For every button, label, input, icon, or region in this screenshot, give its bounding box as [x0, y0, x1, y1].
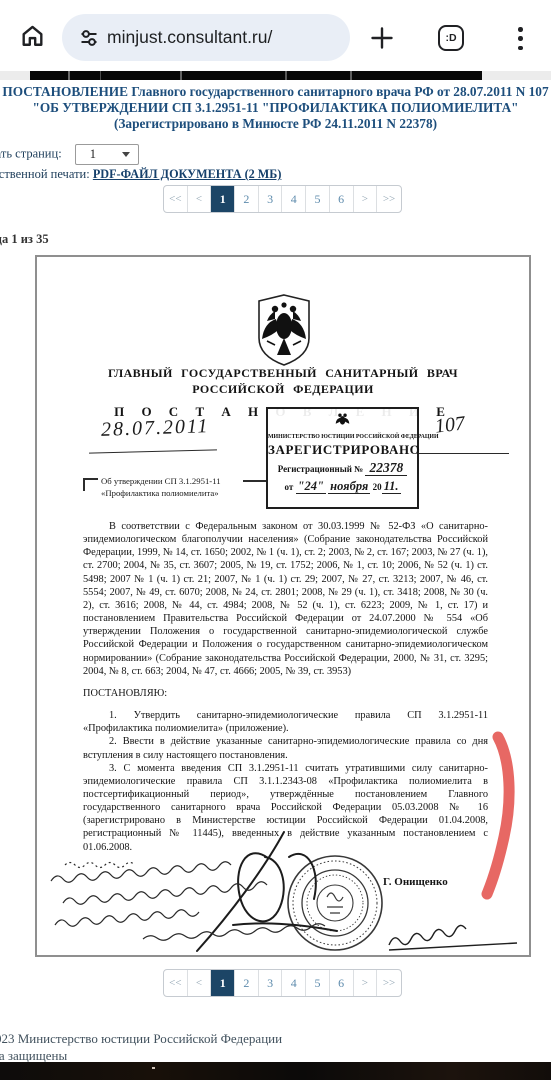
page-button-3[interactable]: 3: [259, 186, 283, 212]
collapsed-toolbar: [30, 71, 482, 80]
pages-select[interactable]: 1: [75, 144, 139, 165]
stamp-registered: ЗАРЕГИСТРИРОВАНО: [268, 442, 417, 458]
stamp-reg-label: Регистрационный №: [278, 464, 363, 474]
coat-of-arms-icon: [255, 293, 313, 367]
page-prev-button[interactable]: <: [188, 186, 212, 212]
page-last-button[interactable]: >>: [377, 970, 401, 996]
page-next-button[interactable]: >: [354, 970, 378, 996]
handwritten-notes: [51, 862, 325, 941]
print-row: Для собственной печати: PDF-ФАЙЛ ДОКУМЕН…: [0, 167, 281, 182]
subject-line-2: «Профилактика полиомиелита»: [101, 488, 276, 500]
stamp-date-row: от "24" ноября 2011.: [268, 479, 417, 494]
round-seal-icon: [288, 856, 382, 950]
page-prev-button[interactable]: <: [188, 970, 212, 996]
stamp-date-prefix: от: [284, 482, 293, 492]
preamble-paragraph: В соответствии с Федеральным законом от …: [83, 520, 488, 678]
document-heading: ПОСТАНОВЛЕНИЕ Главного государственного …: [0, 84, 551, 131]
home-icon[interactable]: [18, 23, 47, 52]
document-subject: Об утверждении СП 3.1.2951-11 «Профилакт…: [101, 476, 276, 499]
tab-switcher-icon[interactable]: :D: [438, 25, 464, 51]
subject-line-1: Об утверждении СП 3.1.2951-11: [101, 476, 276, 488]
chevron-down-icon: [122, 152, 130, 157]
stamp-date-month: ноября: [328, 479, 370, 494]
subject-bracket: [83, 478, 98, 491]
page-last-button[interactable]: >>: [377, 186, 401, 212]
date-underline: [89, 449, 217, 453]
bottom-dark-bar: [0, 1062, 551, 1080]
stamp-date-year-prefix: 20: [373, 482, 382, 492]
pages-row: Показать страниц: 1: [0, 144, 139, 165]
registration-stamp: МИНИСТЕРСТВО ЮСТИЦИИ РОССИЙСКОЙ ФЕДЕРАЦИ…: [266, 407, 419, 509]
tab-count: :D: [445, 32, 456, 44]
secretary-signature: [389, 925, 517, 950]
stamp-reg-number: 22378: [365, 460, 407, 476]
stamp-date-year: 11.: [382, 479, 401, 494]
item-3: 3. С момента введения СП 3.1.2951-11 счи…: [83, 762, 488, 854]
url-text[interactable]: minjust.consultant.ru/: [107, 27, 272, 48]
stamp-date-day: "24": [296, 479, 326, 494]
page-button-5[interactable]: 5: [306, 186, 330, 212]
page-button-2[interactable]: 2: [235, 186, 259, 212]
heading-line-1: ПОСТАНОВЛЕНИЕ Главного государственного …: [0, 84, 551, 100]
stamp-reg-number-row: Регистрационный № 22378: [268, 460, 417, 476]
resolve-word: ПОСТАНОВЛЯЮ:: [83, 687, 488, 700]
page-button-6[interactable]: 6: [330, 186, 354, 212]
page-first-button[interactable]: <<: [164, 186, 188, 212]
red-mark: [487, 737, 509, 894]
document-body: В соответствии с Федеральным законом от …: [83, 520, 488, 854]
pdf-download-link[interactable]: PDF-ФАЙЛ ДОКУМЕНТА (2 МБ): [93, 167, 282, 181]
stamp-eagle-icon: [334, 411, 351, 428]
menu-icon[interactable]: [518, 27, 523, 55]
site-settings-icon[interactable]: [79, 28, 99, 48]
pagination-bottom: << < 1 2 3 4 5 6 > >>: [163, 969, 402, 997]
page-first-button[interactable]: <<: [164, 970, 188, 996]
new-tab-icon[interactable]: [368, 24, 396, 52]
page-button-4[interactable]: 4: [282, 186, 306, 212]
pagination-top: << < 1 2 3 4 5 6 > >>: [163, 185, 402, 213]
url-bar[interactable]: minjust.consultant.ru/: [62, 14, 350, 61]
page: minjust.consultant.ru/ :D ПОСТАНОВЛЕНИЕ …: [0, 0, 551, 1080]
page-next-button[interactable]: >: [354, 186, 378, 212]
page-button-3[interactable]: 3: [259, 970, 283, 996]
page-button-1[interactable]: 1: [211, 186, 235, 212]
item-1: 1. Утвердить санитарно-эпидемиологически…: [83, 709, 488, 735]
page-button-4[interactable]: 4: [282, 970, 306, 996]
page-button-6[interactable]: 6: [330, 970, 354, 996]
issuing-authority: ГЛАВНЫЙ ГОСУДАРСТВЕННЫЙ САНИТАРНЫЙ ВРАЧ …: [37, 365, 529, 397]
page-button-5[interactable]: 5: [306, 970, 330, 996]
page-button-2[interactable]: 2: [235, 970, 259, 996]
item-2: 2. Ввести в действие указанные санитарно…: [83, 735, 488, 761]
heading-line-2: "ОБ УТВЕРЖДЕНИИ СП 3.1.2951-11 "ПРОФИЛАК…: [0, 100, 551, 116]
pages-label: Показать страниц:: [0, 146, 62, 160]
footer-copyright: © 1997-2023 Министерство юстиции Российс…: [0, 1031, 282, 1047]
authority-line-2: РОССИЙСКОЙ ФЕДЕРАЦИИ: [37, 381, 529, 397]
number-underline: [409, 453, 509, 454]
page-button-1[interactable]: 1: [211, 970, 235, 996]
page-indicator: Страница 1 из 35: [0, 232, 49, 247]
heading-line-3: (Зарегистрировано в Минюсте РФ 24.11.201…: [0, 116, 551, 132]
stamp-ministry: МИНИСТЕРСТВО ЮСТИЦИИ РОССИЙСКОЙ ФЕДЕРАЦИ…: [268, 434, 417, 440]
browser-toolbar: minjust.consultant.ru/ :D: [0, 0, 551, 66]
handwritten-date: 28.07.2011: [101, 415, 210, 442]
signer-name: Г. Онищенко: [383, 876, 448, 888]
document-scan: ГЛАВНЫЙ ГОСУДАРСТВЕННЫЙ САНИТАРНЫЙ ВРАЧ …: [35, 255, 531, 957]
pages-select-value: 1: [90, 147, 96, 161]
print-label: Для собственной печати:: [0, 167, 90, 181]
authority-line-1: ГЛАВНЫЙ ГОСУДАРСТВЕННЫЙ САНИТАРНЫЙ ВРАЧ: [37, 365, 529, 381]
